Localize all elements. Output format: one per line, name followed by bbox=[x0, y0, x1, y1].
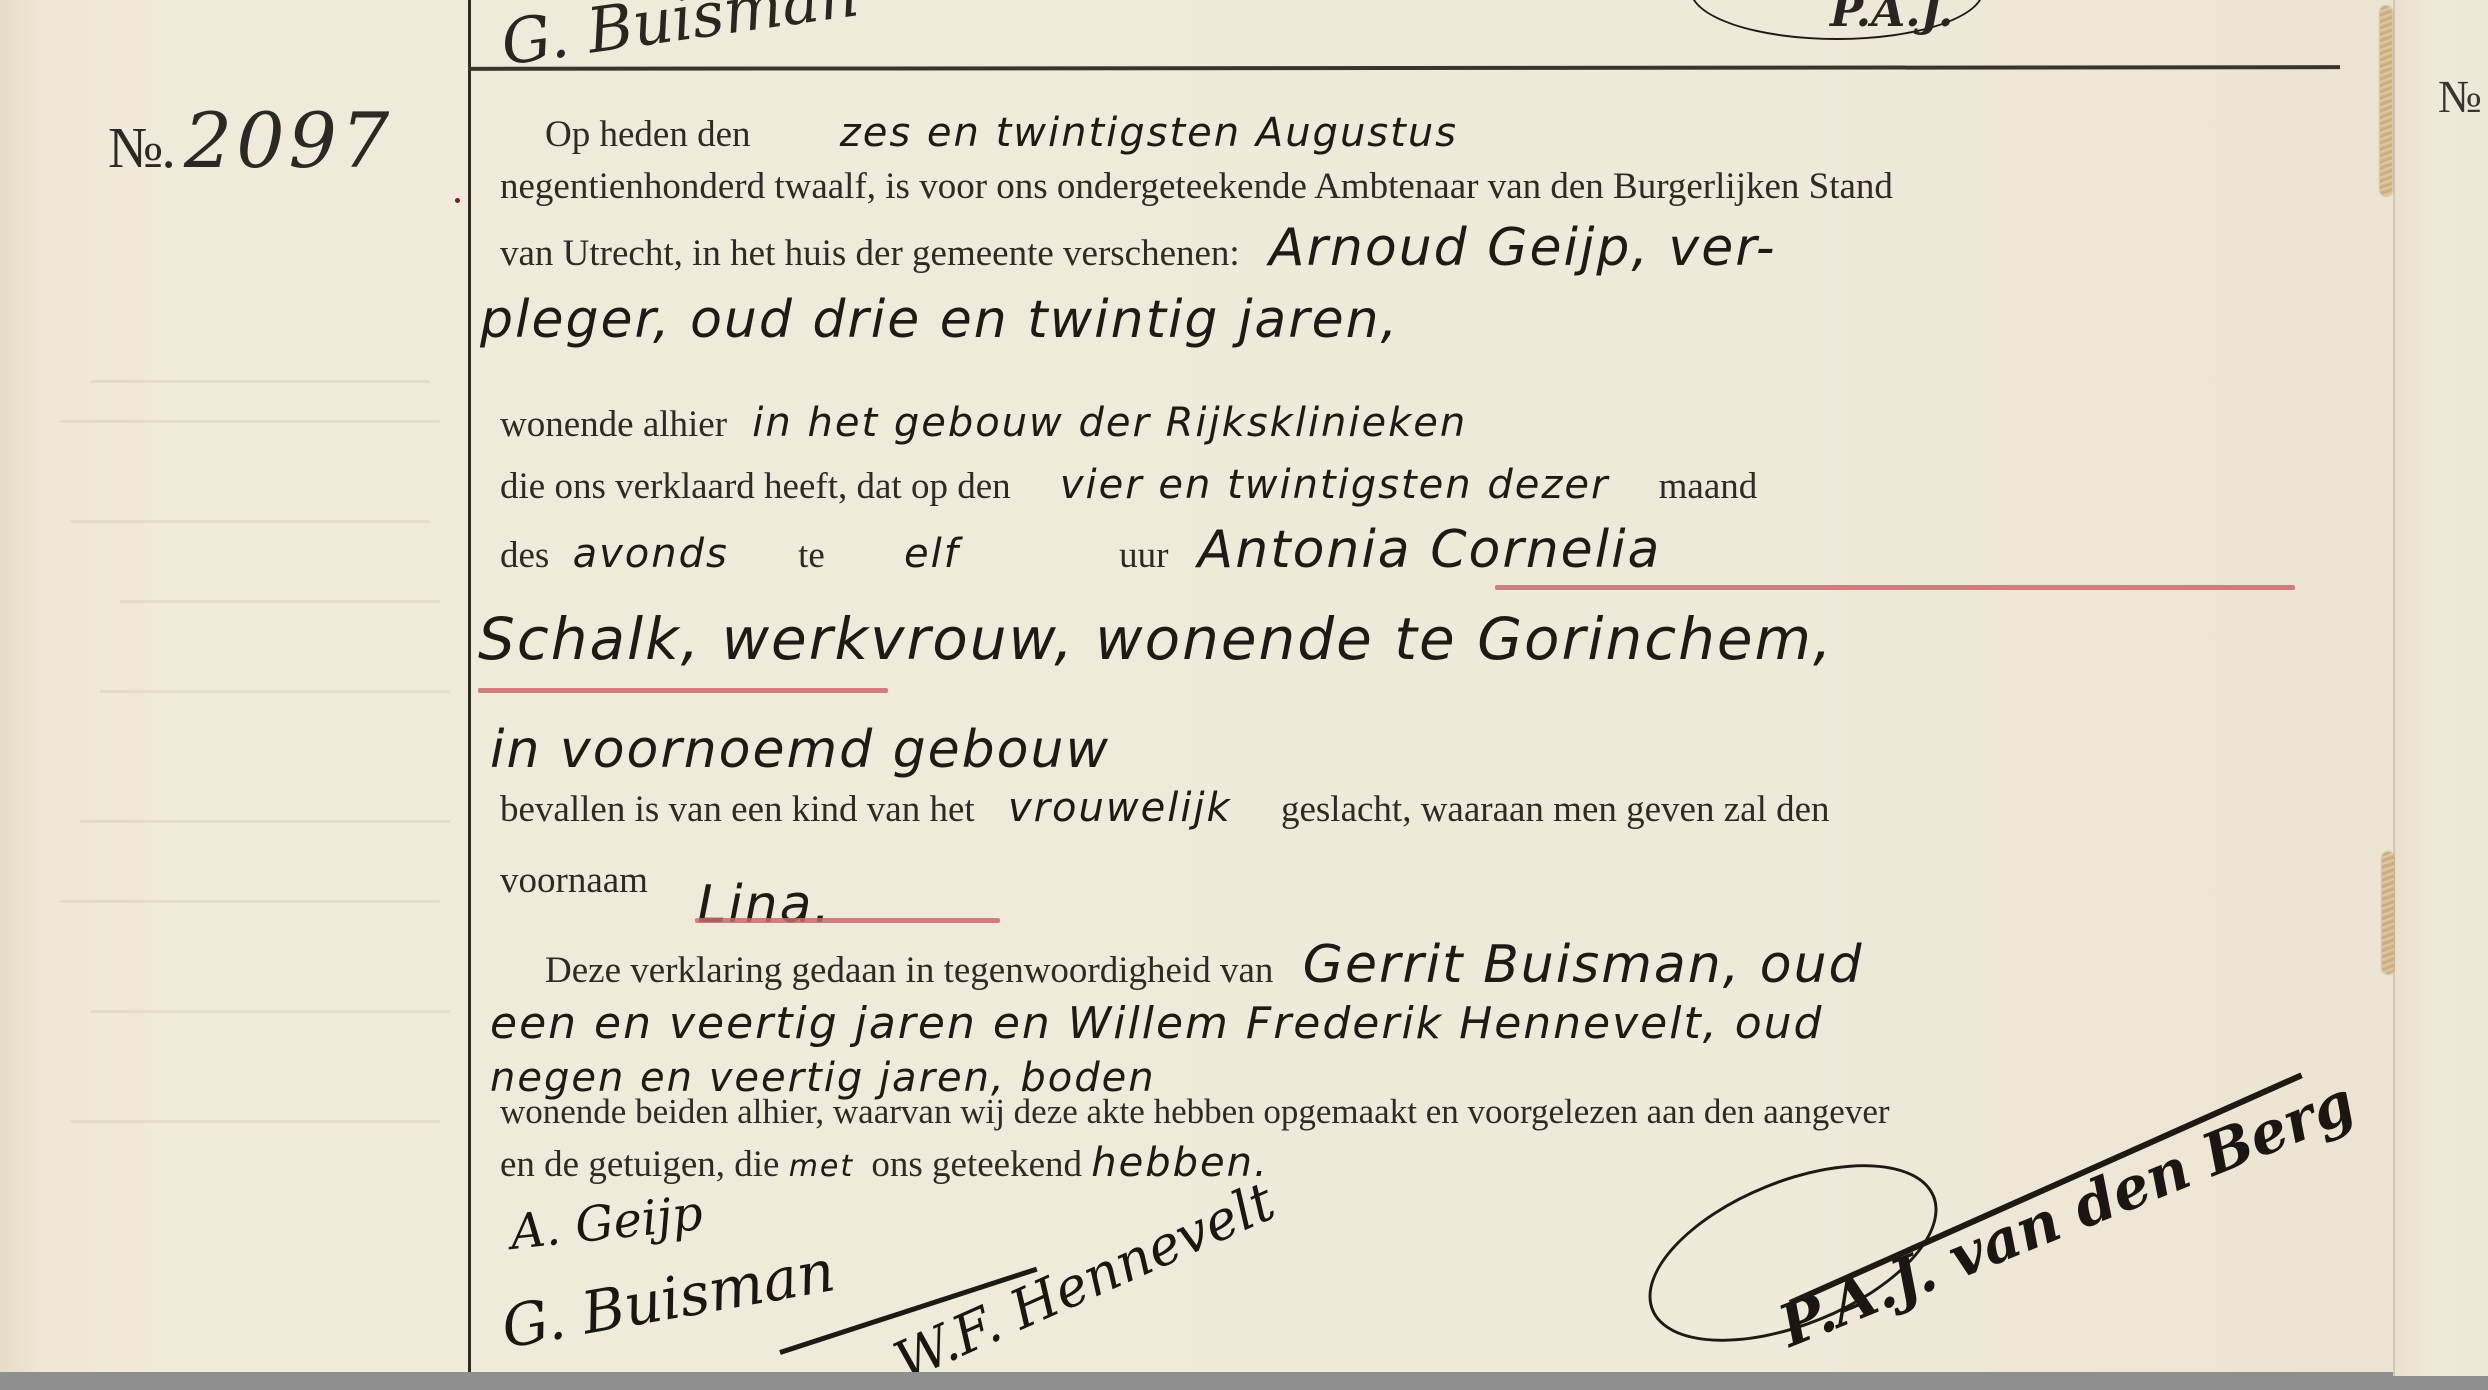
handwritten-occupation-age: pleger, oud drie en twintig jaren, bbox=[480, 290, 1399, 350]
handwritten-mother-name: Antonia Cornelia bbox=[1198, 520, 1662, 580]
printed-text: negentienhonderd twaalf, is voor ons ond… bbox=[500, 166, 1893, 207]
signature-declarant: A. Geijp bbox=[508, 1185, 706, 1261]
handwritten-hour: elf bbox=[904, 531, 960, 577]
printed-text: Deze verklaring gedaan in tegenwoordighe… bbox=[545, 950, 1273, 991]
printed-text: te bbox=[798, 535, 825, 576]
printed-text: des bbox=[500, 535, 549, 576]
printed-text: en de getuigen, die bbox=[500, 1144, 779, 1185]
bleed-through-mark bbox=[70, 1120, 440, 1123]
text-line-15: wonende beiden alhier, waarvan wij deze … bbox=[500, 1092, 1890, 1132]
red-underline-child-name bbox=[695, 918, 1000, 923]
text-line-6: die ons verklaard heeft, dat op den vier… bbox=[500, 462, 1757, 508]
printed-text: voornaam bbox=[500, 860, 648, 901]
text-line-11: voornaam Lina. bbox=[500, 845, 832, 905]
handwritten-insert: met bbox=[789, 1149, 854, 1184]
text-line-13: een en veertig jaren en Willem Frederik … bbox=[490, 998, 1823, 1049]
handwritten-declarant: Arnoud Geijp, ver- bbox=[1269, 218, 1777, 278]
bleed-through-mark bbox=[60, 900, 440, 903]
printed-text: wonende alhier bbox=[500, 404, 727, 445]
text-line-7: des avonds te elf uur Antonia Cornelia bbox=[500, 520, 1661, 580]
bleed-through-mark bbox=[120, 600, 440, 603]
binding-thread-bottom bbox=[2382, 852, 2394, 974]
register-page: G. Buisman P.A.J. №.2097 Op heden den ze… bbox=[0, 0, 2395, 1372]
carryover-signature-vandenberg: P.A.J. bbox=[1830, 0, 1953, 37]
register-number: №.2097 bbox=[108, 96, 393, 185]
bleed-through-mark bbox=[90, 380, 430, 383]
text-line-1: Op heden den zes en twintigsten Augustus bbox=[545, 110, 1458, 156]
printed-text: Op heden den bbox=[545, 114, 751, 155]
number-label: №. bbox=[108, 115, 174, 180]
red-underline-surname bbox=[478, 688, 888, 693]
bleed-through-mark bbox=[90, 1010, 450, 1013]
handwritten-witness-1: Gerrit Buisman, oud bbox=[1303, 935, 1864, 995]
printed-text: bevallen is van een kind van het bbox=[500, 789, 975, 830]
bleed-through-mark bbox=[60, 420, 440, 423]
handwritten-mother-surname-occupation: Schalk, werkvrouw, wonende te Gorinchem, bbox=[478, 605, 1834, 673]
handwritten-child-name: Lina. bbox=[697, 875, 832, 935]
margin-rule bbox=[468, 0, 471, 1372]
number-value: 2097 bbox=[184, 96, 393, 185]
printed-text: wonende beiden alhier, waarvan wij deze … bbox=[500, 1092, 1890, 1131]
handwritten-birth-date: vier en twintigsten dezer bbox=[1060, 462, 1610, 508]
handwritten-witness-2: een en veertig jaren en Willem Frederik … bbox=[490, 998, 1823, 1049]
bleed-through-mark bbox=[100, 690, 450, 693]
handwritten-birth-place: in voornoemd gebouw bbox=[490, 720, 1110, 780]
bleed-through-mark bbox=[70, 520, 430, 523]
binding-thread-top bbox=[2380, 6, 2392, 196]
text-line-16: en de getuigen, die met ons geteekend he… bbox=[500, 1140, 1269, 1186]
handwritten-time-of-day: avonds bbox=[573, 531, 729, 577]
printed-text: geslacht, waaraan men geven zal den bbox=[1281, 789, 1830, 830]
printed-text: ons geteekend bbox=[871, 1144, 1082, 1185]
signature-witness-hennevelt: W.F. Hennevelt bbox=[885, 1170, 1284, 1372]
text-line-12: Deze verklaring gedaan in tegenwoordighe… bbox=[545, 935, 1864, 995]
next-page-number-label: № bbox=[2438, 70, 2482, 123]
text-line-8: Schalk, werkvrouw, wonende te Gorinchem, bbox=[478, 605, 1834, 673]
next-page-edge: № bbox=[2395, 0, 2488, 1376]
entry-separator-rule bbox=[468, 65, 2340, 71]
text-line-2: negentienhonderd twaalf, is voor ons ond… bbox=[500, 165, 1893, 208]
printed-text: maand bbox=[1659, 466, 1758, 507]
printed-text: die ons verklaard heeft, dat op den bbox=[500, 466, 1011, 507]
text-line-9: in voornoemd gebouw bbox=[490, 720, 1110, 780]
bleed-through-mark bbox=[80, 820, 450, 823]
printed-text: van Utrecht, in het huis der gemeente ve… bbox=[500, 233, 1240, 274]
printed-text: uur bbox=[1119, 535, 1168, 576]
text-line-4: pleger, oud drie en twintig jaren, bbox=[480, 290, 1399, 350]
handwritten-residence: in het gebouw der Rijksklinieken bbox=[752, 400, 1467, 446]
handwritten-date: zes en twintigsten Augustus bbox=[840, 110, 1458, 156]
ink-dot bbox=[455, 198, 460, 203]
text-line-5: wonende alhier in het gebouw der Rijkskl… bbox=[500, 400, 1467, 446]
red-underline-mother bbox=[1495, 585, 2295, 590]
text-line-3: van Utrecht, in het huis der gemeente ve… bbox=[500, 218, 1777, 278]
text-line-10: bevallen is van een kind van het vrouwel… bbox=[500, 785, 1830, 831]
handwritten-sex: vrouwelijk bbox=[1008, 785, 1232, 831]
